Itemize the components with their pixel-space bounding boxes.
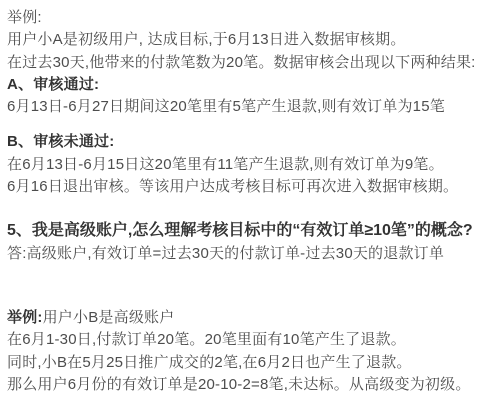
example-b-label: 举例:: [7, 309, 43, 326]
example-a-past30-line: 在过去30天,他带来的付款笔数为20笔。数据审核会出现以下两种结果:: [7, 52, 479, 74]
example-b-line-3: 那么用户6月份的有效订单是20-10-2=8笔,未达标。从高级变为初级。: [7, 374, 479, 396]
question-5-answer: 答:高级账户,有效订单=过去30天的付款订单-过去30天的退款订单: [7, 243, 479, 265]
audit-fail-detail-1: 在6月13日-6月15日这20笔里有11笔产生退款,则有效订单为9笔。: [7, 154, 479, 176]
example-a-user-line: 用户小A是初级用户, 达成目标,于6月13日进入数据审核期。: [7, 29, 479, 51]
example-b-intro: 用户小B是高级账户: [43, 309, 175, 326]
example-a-label: 举例:: [7, 7, 479, 29]
example-b-line-1: 在6月1-30日,付款订单20笔。20笔里面有10笔产生了退款。: [7, 329, 479, 351]
audit-pass-heading: A、审核通过:: [7, 74, 479, 96]
example-b-intro-line: 举例:用户小B是高级账户: [7, 307, 479, 329]
example-b-line-2: 同时,小B在5月25日推广成交的2笔,在6月2日也产生了退款。: [7, 352, 479, 374]
audit-fail-detail-2: 6月16日退出审核。等该用户达成考核目标可再次进入数据审核期。: [7, 176, 479, 198]
audit-pass-detail: 6月13日-6月27日期间这20笔里有5笔产生退款,则有效订单为15笔: [7, 96, 479, 118]
question-5-heading: 5、我是高级账户,怎么理解考核目标中的“有效订单≥10笔”的概念?: [7, 220, 479, 242]
audit-fail-heading: B、审核未通过:: [7, 131, 479, 153]
faq-document: 举例: 用户小A是初级用户, 达成目标,于6月13日进入数据审核期。 在过去30…: [0, 0, 487, 404]
